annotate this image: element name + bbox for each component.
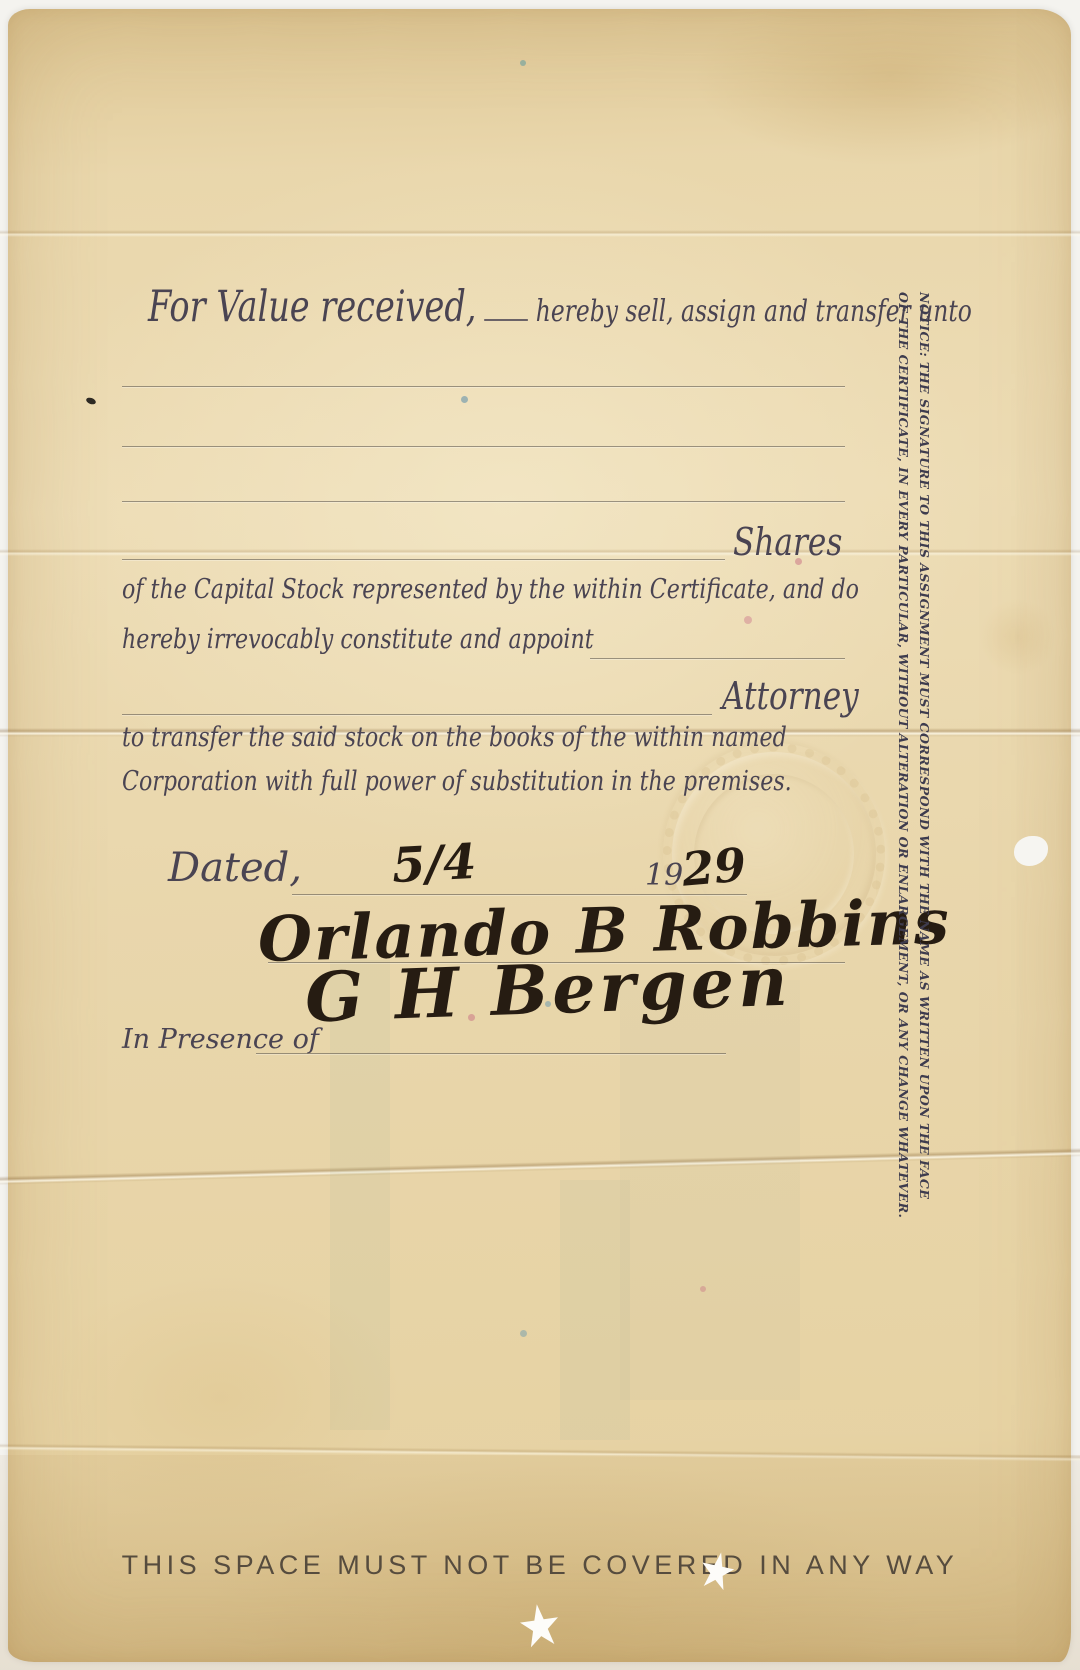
value-received-line: For Value received, hereby sell, assign … [148,282,972,332]
side-notice-line-2: OF THE CERTIFICATE, IN EVERY PARTICULAR,… [893,292,914,1092]
witness-label: In Presence of [122,1024,319,1055]
witness-signature: G H Bergen [304,942,793,1039]
value-received-prefix: For Value received, [148,282,476,332]
attorney-blank-line [122,714,712,715]
blank-line-2 [122,446,845,447]
appoint-line: hereby irrevocably constitute and appoin… [122,624,697,655]
blank-fill-line [484,315,528,321]
side-notice-line-1: NOTICE: THE SIGNATURE TO THIS ASSIGNMENT… [914,292,935,1092]
blank-line-3 [122,501,845,502]
color-dot [700,1286,706,1292]
color-dot [461,396,468,403]
blank-line-1 [122,386,845,387]
footer-notice: THIS SPACE MUST NOT BE COVERED IN ANY WA… [0,1550,1080,1581]
color-dot [795,558,802,565]
side-notice: NOTICE: THE SIGNATURE TO THIS ASSIGNMENT… [893,292,935,1092]
color-dot [520,1330,527,1337]
color-dot [520,60,526,66]
paper-chip [1014,836,1048,866]
appoint-blank-line [590,658,845,659]
capital-stock-line: of the Capital Stock represented by the … [122,574,1021,605]
ghost-bleed [560,1180,630,1440]
color-dot [744,616,752,624]
ghost-bleed [620,980,800,1400]
dated-label: Dated, [168,845,302,891]
year-handwritten: 29 [680,837,748,896]
color-dot [545,1001,551,1007]
transfer-line: to transfer the said stock on the books … [122,722,933,753]
certificate-back-content: For Value received, hereby sell, assign … [0,0,1080,1670]
witness-line [256,1053,726,1054]
shares-blank-line [122,559,725,560]
fold-crease [0,230,1080,237]
date-handwritten: 5/4 [391,834,478,894]
year-printed: 19 [645,858,683,893]
ink-speck [85,396,96,405]
corporation-line: Corporation with full power of substitut… [122,766,939,797]
attorney-label: Attorney [722,674,889,718]
color-dot [468,1014,475,1021]
